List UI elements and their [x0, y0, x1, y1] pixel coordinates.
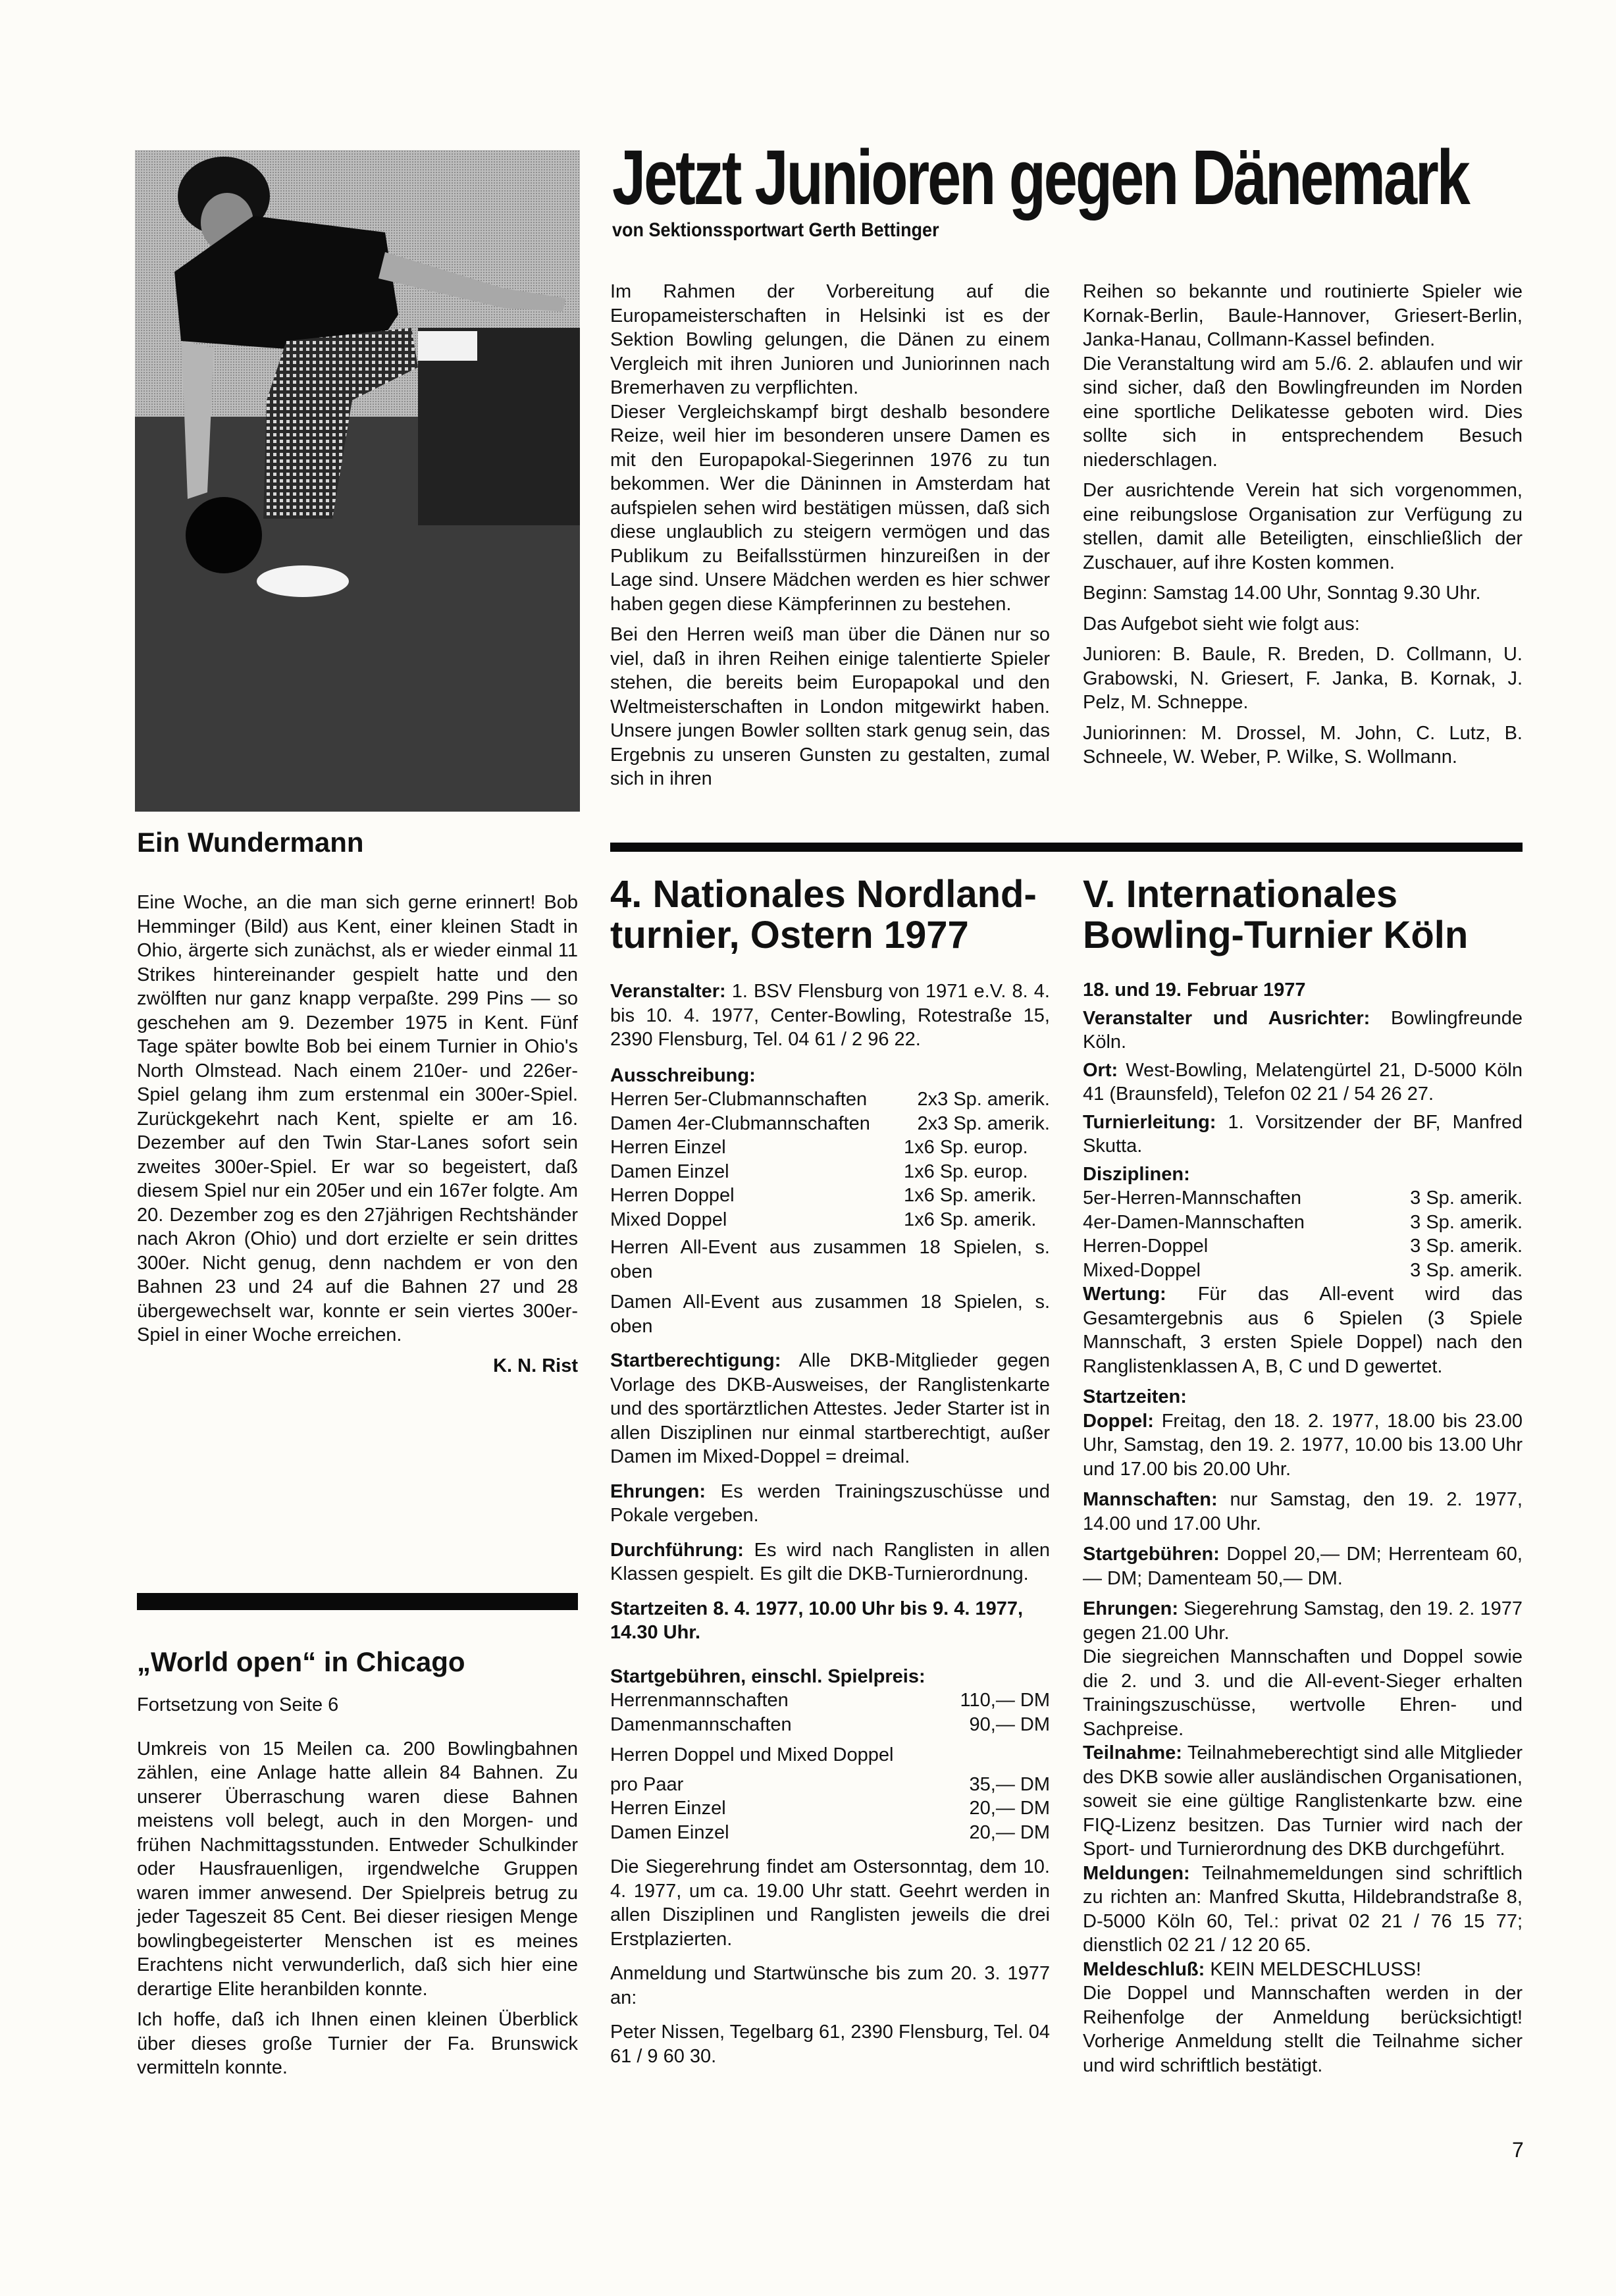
- paragraph: Die Veranstaltung wird am 5./6. 2. ablau…: [1083, 352, 1523, 473]
- main-article-column-1: Im Rahmen der Vorbereitung auf die Europ…: [610, 280, 1050, 798]
- koeln-veranstalter: Veranstalter und Ausrichter: Bowlingfreu…: [1083, 1006, 1523, 1055]
- discipline: 5er-Herren-Mannschaften: [1083, 1186, 1301, 1211]
- table-row: 5er-Herren-Mannschaften3 Sp. amerik.: [1083, 1186, 1523, 1211]
- label: Ort:: [1083, 1060, 1118, 1081]
- paragraph: Im Rahmen der Vorbereitung auf die Europ…: [610, 280, 1050, 400]
- label: Mannschaften:: [1083, 1489, 1218, 1510]
- wundermann-title: Ein Wundermann: [137, 826, 578, 859]
- nordland-title-line-1: 4. Nationales Nordland-: [610, 874, 1050, 915]
- fee-item: Damen Einzel: [610, 1821, 729, 1845]
- paragraph: Umkreis von 15 Meilen ca. 200 Bowlingbah…: [137, 1737, 578, 2002]
- paragraph: Juniorinnen: M. Drossel, M. John, C. Lut…: [1083, 721, 1523, 770]
- label: Turnierleitung:: [1083, 1112, 1216, 1133]
- fee-amount: 20,— DM: [970, 1821, 1050, 1845]
- durchfuehrung: Durchführung: Es wird nach Ranglisten in…: [610, 1538, 1050, 1586]
- paragraph: Reihen so bekannte und routinierte Spiel…: [1083, 280, 1523, 352]
- fee-item: Herren Einzel: [610, 1796, 726, 1821]
- discipline: Mixed Doppel: [610, 1208, 727, 1232]
- koeln-date: 18. und 19. Februar 1977: [1083, 978, 1523, 1003]
- discipline: Damen Einzel: [610, 1160, 729, 1184]
- koeln-teilnahme: Teilnahme: Teilnahmeberechtigt sind alle…: [1083, 1741, 1523, 1862]
- format: 3 Sp. amerik.: [1410, 1186, 1523, 1211]
- main-article-column-2: Reihen so bekannte und routinierte Spiel…: [1083, 280, 1523, 776]
- headline: Jetzt Junioren gegen Dänemark: [612, 135, 1320, 221]
- author-signature: K. N. Rist: [137, 1354, 578, 1378]
- table-row: Herren Einzel1x6 Sp. europ.: [610, 1135, 1050, 1160]
- label: Wertung:: [1083, 1284, 1166, 1305]
- table-row: Mixed Doppel1x6 Sp. amerik.: [610, 1208, 1050, 1232]
- koeln-article: V. Internationales Bowling-Turnier Köln …: [1083, 874, 1523, 2084]
- koeln-ehrungen: Ehrungen: Siegerehrung Samstag, den 19. …: [1083, 1597, 1523, 1645]
- fee-amount: 20,— DM: [970, 1796, 1050, 1821]
- startzeiten-label: Startzeiten:: [1083, 1385, 1523, 1409]
- table-row: Herren-Doppel3 Sp. amerik.: [1083, 1234, 1523, 1259]
- world-open-title: „World open“ in Chicago: [137, 1646, 578, 1679]
- format: 1x6 Sp. amerik.: [904, 1184, 1050, 1208]
- label: Teilnahme:: [1083, 1742, 1182, 1763]
- page-number: 7: [1512, 2138, 1524, 2162]
- world-open-subtitle: Fortsetzung von Seite 6: [137, 1693, 578, 1717]
- ausschreibung-label: Ausschreibung:: [610, 1064, 1050, 1088]
- koeln-reihenfolge: Die Doppel und Mannschaften werden in de…: [1083, 1981, 1523, 2077]
- label: Startberechtigung:: [610, 1350, 781, 1371]
- koeln-wertung: Wertung: Für das All-event wird das Gesa…: [1083, 1282, 1523, 1378]
- herren-allevent: Herren All-Event aus zusammen 18 Spielen…: [610, 1236, 1050, 1284]
- format: 1x6 Sp. amerik.: [904, 1208, 1050, 1232]
- byline: von Sektionssportwart Gerth Bettinger: [612, 219, 939, 242]
- anmeldung: Anmeldung und Startwünsche bis zum 20. 3…: [610, 1962, 1050, 2010]
- discipline: Herren Doppel: [610, 1184, 735, 1208]
- table-row: Herrenmannschaften110,— DM: [610, 1688, 1050, 1713]
- disziplinen-table: 5er-Herren-Mannschaften3 Sp. amerik. 4er…: [1083, 1186, 1523, 1282]
- siegerehrung: Die Siegerehrung findet am Ostersonntag,…: [610, 1855, 1050, 1951]
- bowler-photo: [135, 150, 580, 812]
- paragraph: Das Aufgebot sieht wie folgt aus:: [1083, 612, 1523, 637]
- koeln-gebuehren: Startgebühren: Doppel 20,— DM; Herrentea…: [1083, 1542, 1523, 1590]
- discipline: 4er-Damen-Mannschaften: [1083, 1211, 1305, 1235]
- table-row: Herren Doppel1x6 Sp. amerik.: [610, 1184, 1050, 1208]
- table-row: 4er-Damen-Mannschaften3 Sp. amerik.: [1083, 1211, 1523, 1235]
- label: Startgebühren:: [1083, 1544, 1220, 1565]
- koeln-doppel: Doppel: Freitag, den 18. 2. 1977, 18.00 …: [1083, 1409, 1523, 1482]
- table-row: Mixed-Doppel3 Sp. amerik.: [1083, 1259, 1523, 1283]
- paragraph: Junioren: B. Baule, R. Breden, D. Collma…: [1083, 642, 1523, 715]
- table-row: Damen Einzel20,— DM: [610, 1821, 1050, 1845]
- format: 3 Sp. amerik.: [1410, 1211, 1523, 1235]
- table-row: Damenmannschaften90,— DM: [610, 1713, 1050, 1737]
- paragraph: Dieser Vergleichskampf birgt deshalb bes…: [610, 400, 1050, 617]
- startzeiten: Startzeiten 8. 4. 1977, 10.00 Uhr bis 9.…: [610, 1597, 1050, 1645]
- section-divider: [610, 843, 1523, 852]
- label: Meldeschluß:: [1083, 1959, 1205, 1980]
- format: 3 Sp. amerik.: [1410, 1259, 1523, 1283]
- label: Doppel:: [1083, 1411, 1154, 1432]
- label: Veranstalter und Ausrichter:: [1083, 1008, 1370, 1029]
- ehrungen: Ehrungen: Es werden Trainingszuschüsse u…: [610, 1480, 1050, 1528]
- world-open-article: „World open“ in Chicago Fortsetzung von …: [137, 1646, 578, 2087]
- paragraph: Ich hoffe, daß ich Ihnen einen kleinen Ü…: [137, 2008, 578, 2080]
- format: 1x6 Sp. europ.: [904, 1160, 1050, 1184]
- left-divider: [137, 1593, 578, 1610]
- wundermann-article: Ein Wundermann Eine Woche, an die man si…: [137, 826, 578, 1378]
- format: 2x3 Sp. amerik.: [918, 1112, 1050, 1136]
- disziplinen-label: Disziplinen:: [1083, 1162, 1523, 1187]
- koeln-leitung: Turnierleitung: 1. Vorsitzender der BF, …: [1083, 1110, 1523, 1159]
- gebuehren-label: Startgebühren, einschl. Spielpreis:: [610, 1665, 1050, 1689]
- table-row: Herren Einzel20,— DM: [610, 1796, 1050, 1821]
- fee-amount: 90,— DM: [970, 1713, 1050, 1737]
- koeln-meldeschluss: Meldeschluß: KEIN MELDESCHLUSS!: [1083, 1958, 1523, 1982]
- format: 1x6 Sp. europ.: [904, 1135, 1050, 1160]
- value: KEIN MELDESCHLUSS!: [1205, 1959, 1421, 1980]
- damen-allevent: Damen All-Event aus zusammen 18 Spielen,…: [610, 1290, 1050, 1338]
- photo-bowler-icon: [135, 150, 580, 812]
- discipline: Herren 5er-Clubmannschaften: [610, 1087, 867, 1112]
- ausschreibung-table: Herren 5er-Clubmannschaften2x3 Sp. ameri…: [610, 1087, 1050, 1232]
- koeln-meldungen: Meldungen: Teilnahmemeldungen sind schri…: [1083, 1862, 1523, 1958]
- format: 2x3 Sp. amerik.: [918, 1087, 1050, 1112]
- fee-item: Damenmannschaften: [610, 1713, 792, 1737]
- label: Veranstalter:: [610, 981, 726, 1002]
- kontakt: Peter Nissen, Tegelbarg 61, 2390 Flensbu…: [610, 2020, 1050, 2068]
- veranstalter: Veranstalter: 1. BSV Flensburg von 1971 …: [610, 979, 1050, 1052]
- gebuehren-table: Herrenmannschaften110,— DM Damenmannscha…: [610, 1688, 1050, 1844]
- koeln-ehrungen-more: Die siegreichen Mannschaften und Doppel …: [1083, 1645, 1523, 1741]
- paragraph: Der ausrichtende Verein hat sich vorgeno…: [1083, 479, 1523, 575]
- table-row: Damen 4er-Clubmannschaften2x3 Sp. amerik…: [610, 1112, 1050, 1136]
- label: Durchführung:: [610, 1540, 744, 1561]
- doppel-heading: Herren Doppel und Mixed Doppel: [610, 1743, 1050, 1767]
- koeln-title-line-2: Bowling-Turnier Köln: [1083, 915, 1523, 956]
- startberechtigung: Startberechtigung: Alle DKB-Mitglieder g…: [610, 1349, 1050, 1469]
- value: West-Bowling, Melatengürtel 21, D-5000 K…: [1083, 1060, 1523, 1105]
- fee-amount: 35,— DM: [970, 1773, 1050, 1797]
- discipline: Herren Einzel: [610, 1135, 726, 1160]
- discipline: Damen 4er-Clubmannschaften: [610, 1112, 870, 1136]
- label: Ehrungen:: [1083, 1598, 1178, 1619]
- paragraph: Bei den Herren weiß man über die Dänen n…: [610, 623, 1050, 791]
- wundermann-body: Eine Woche, an die man sich gerne erinne…: [137, 891, 578, 1347]
- koeln-ort: Ort: West-Bowling, Melatengürtel 21, D-5…: [1083, 1058, 1523, 1107]
- discipline: Herren-Doppel: [1083, 1234, 1208, 1259]
- nordland-title-line-2: turnier, Ostern 1977: [610, 915, 1050, 956]
- table-row: Herren 5er-Clubmannschaften2x3 Sp. ameri…: [610, 1087, 1050, 1112]
- format: 3 Sp. amerik.: [1410, 1234, 1523, 1259]
- koeln-mannschaften: Mannschaften: nur Samstag, den 19. 2. 19…: [1083, 1488, 1523, 1536]
- table-row: Damen Einzel1x6 Sp. europ.: [610, 1160, 1050, 1184]
- label: Meldungen:: [1083, 1863, 1190, 1884]
- nordland-article: 4. Nationales Nordland- turnier, Ostern …: [610, 874, 1050, 2075]
- fee-item: pro Paar: [610, 1773, 683, 1797]
- table-row: pro Paar35,— DM: [610, 1773, 1050, 1797]
- label: Ehrungen:: [610, 1481, 706, 1502]
- fee-amount: 110,— DM: [960, 1688, 1050, 1713]
- discipline: Mixed-Doppel: [1083, 1259, 1201, 1283]
- paragraph: Beginn: Samstag 14.00 Uhr, Sonntag 9.30 …: [1083, 581, 1523, 606]
- fee-item: Herrenmannschaften: [610, 1688, 789, 1713]
- koeln-title-line-1: V. Internationales: [1083, 874, 1523, 915]
